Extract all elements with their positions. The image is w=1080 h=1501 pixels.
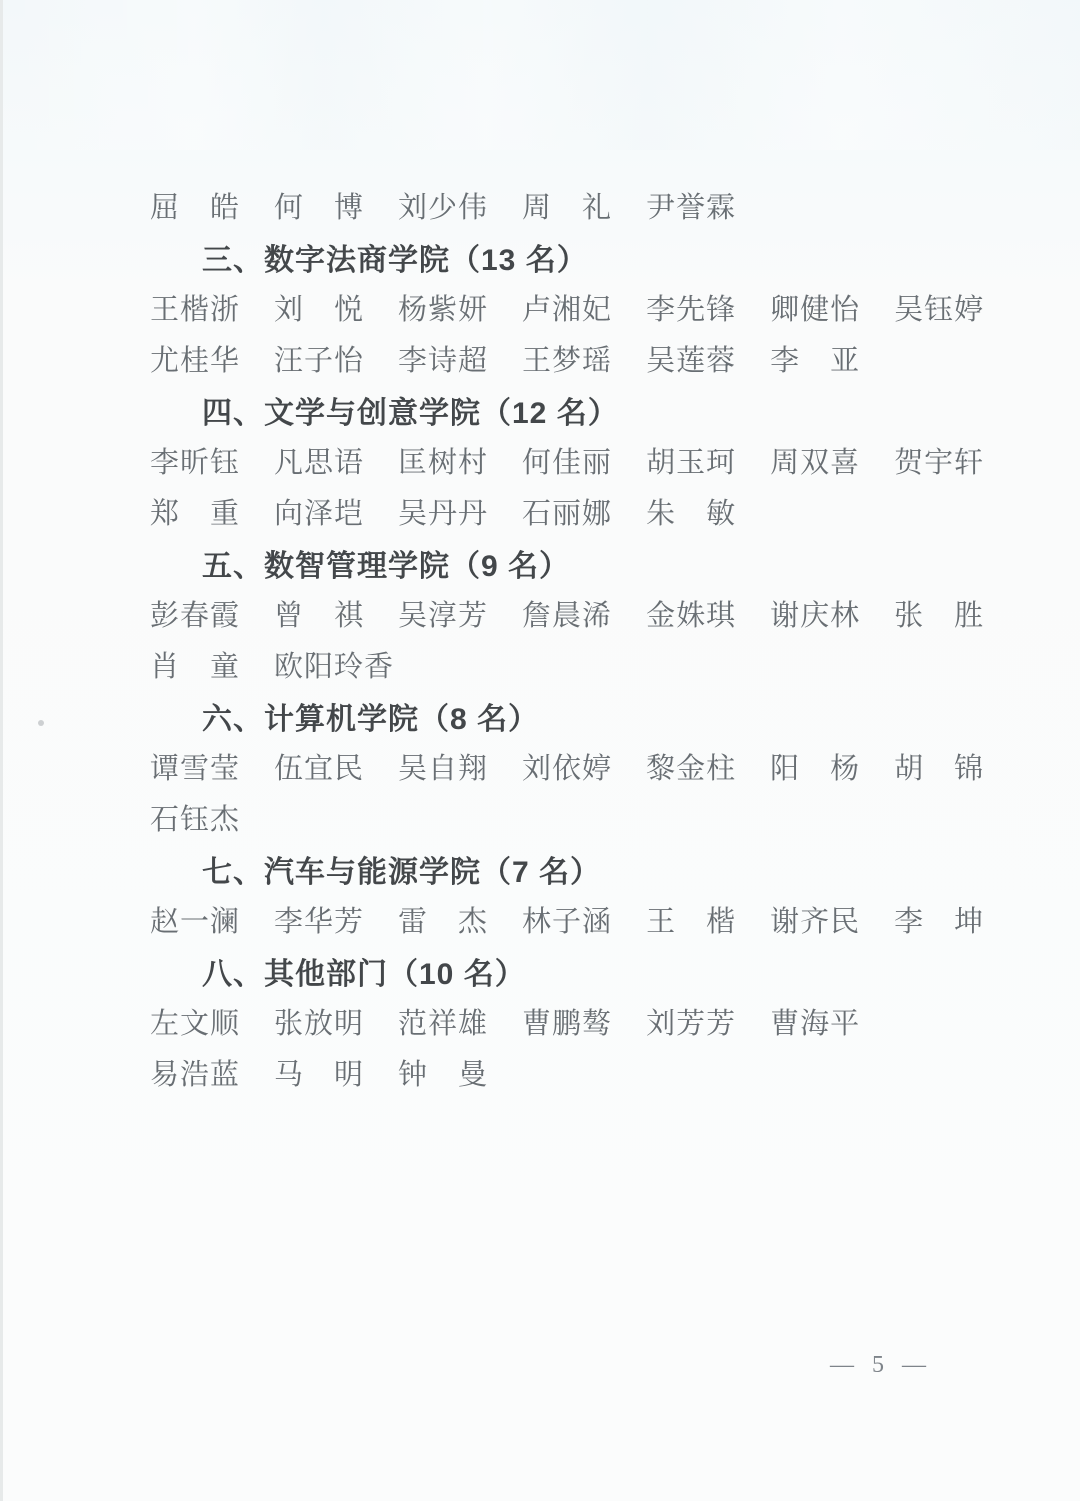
person-name: 胡 锦 xyxy=(894,746,984,787)
name-row: 易浩蓝马 明钟 曼 xyxy=(150,1052,488,1093)
name-row: 肖 童欧阳玲香 xyxy=(150,644,394,685)
person-name: 张 胜 xyxy=(894,593,984,634)
person-name: 吴自翔 xyxy=(398,746,488,787)
scan-bleed-artifact xyxy=(0,0,1080,150)
section-heading-7: 七、汽车与能源学院（7 名） xyxy=(150,847,601,891)
person-name: 何 博 xyxy=(274,185,364,226)
person-name: 曹鹏骜 xyxy=(522,1001,612,1042)
person-name: 汪子怡 xyxy=(274,338,364,379)
person-name: 伍宜民 xyxy=(274,746,364,787)
person-name: 金姝琪 xyxy=(646,593,736,634)
document-page: 屈 皓何 博刘少伟周 礼尹誉霖 三、数字法商学院（13 名） 王楷浙刘 悦杨紫妍… xyxy=(0,0,1080,1501)
person-name: 周 礼 xyxy=(522,185,612,226)
scan-edge-strip xyxy=(0,0,3,1501)
person-name: 吴莲蓉 xyxy=(646,338,736,379)
person-name: 谢庆林 xyxy=(770,593,860,634)
person-name: 李昕钰 xyxy=(150,440,240,481)
person-name: 卿健怡 xyxy=(770,287,860,328)
person-name: 吴丹丹 xyxy=(398,491,488,532)
person-name: 尹誉霖 xyxy=(646,185,736,226)
section-heading-5: 五、数智管理学院（9 名） xyxy=(150,541,570,585)
person-name: 石钰杰 xyxy=(150,797,240,838)
person-name: 刘少伟 xyxy=(398,185,488,226)
page-number: — 5 — xyxy=(830,1352,932,1379)
person-name: 詹晨浠 xyxy=(522,593,612,634)
person-name: 刘 悦 xyxy=(274,287,364,328)
person-name: 左文顺 xyxy=(150,1001,240,1042)
person-name: 阳 杨 xyxy=(770,746,860,787)
person-name: 贺宇轩 xyxy=(894,440,984,481)
person-name: 赵一澜 xyxy=(150,899,240,940)
person-name: 李 坤 xyxy=(894,899,984,940)
person-name: 吴钰婷 xyxy=(894,287,984,328)
person-name: 张放明 xyxy=(274,1001,364,1042)
person-name: 向泽垲 xyxy=(274,491,364,532)
person-name: 刘依婷 xyxy=(522,746,612,787)
person-name: 何佳丽 xyxy=(522,440,612,481)
person-name: 王梦瑶 xyxy=(522,338,612,379)
person-name: 钟 曼 xyxy=(398,1052,488,1093)
person-name: 凡思语 xyxy=(274,440,364,481)
person-name: 李华芳 xyxy=(274,899,364,940)
person-name: 彭春霞 xyxy=(150,593,240,634)
name-row: 李昕钰凡思语匡树村何佳丽胡玉珂周双喜贺宇轩 xyxy=(150,440,984,481)
person-name: 杨紫妍 xyxy=(398,287,488,328)
document-body: 屈 皓何 博刘少伟周 礼尹誉霖 三、数字法商学院（13 名） 王楷浙刘 悦杨紫妍… xyxy=(150,180,970,1098)
person-name: 雷 杰 xyxy=(398,899,488,940)
person-name: 朱 敏 xyxy=(646,491,736,532)
person-name: 石丽娜 xyxy=(522,491,612,532)
name-row: 赵一澜李华芳雷 杰林子涵王 楷谢齐民李 坤 xyxy=(150,899,984,940)
person-name: 曾 祺 xyxy=(274,593,364,634)
scan-speck xyxy=(38,720,44,726)
person-name: 林子涵 xyxy=(522,899,612,940)
name-row: 尤桂华汪子怡李诗超王梦瑶吴莲蓉李 亚 xyxy=(150,338,860,379)
person-name: 范祥雄 xyxy=(398,1001,488,1042)
name-row: 谭雪莹伍宜民吴自翔刘依婷黎金柱阳 杨胡 锦 xyxy=(150,746,984,787)
person-name: 肖 童 xyxy=(150,644,240,685)
section-heading-6: 六、计算机学院（8 名） xyxy=(150,694,539,738)
person-name: 郑 重 xyxy=(150,491,240,532)
person-name: 尤桂华 xyxy=(150,338,240,379)
person-name: 王楷浙 xyxy=(150,287,240,328)
person-name: 李 亚 xyxy=(770,338,860,379)
person-name: 欧阳玲香 xyxy=(274,644,394,685)
person-name: 谢齐民 xyxy=(770,899,860,940)
person-name: 吴淳芳 xyxy=(398,593,488,634)
person-name: 曹海平 xyxy=(770,1001,860,1042)
section-heading-3: 三、数字法商学院（13 名） xyxy=(150,235,588,279)
person-name: 黎金柱 xyxy=(646,746,736,787)
person-name: 刘芳芳 xyxy=(646,1001,736,1042)
person-name: 谭雪莹 xyxy=(150,746,240,787)
name-row: 左文顺张放明范祥雄曹鹏骜刘芳芳曹海平 xyxy=(150,1001,860,1042)
person-name: 胡玉珂 xyxy=(646,440,736,481)
person-name: 李先锋 xyxy=(646,287,736,328)
name-row: 石钰杰 xyxy=(150,797,240,838)
person-name: 王 楷 xyxy=(646,899,736,940)
person-name: 周双喜 xyxy=(770,440,860,481)
person-name: 卢湘妃 xyxy=(522,287,612,328)
person-name: 匡树村 xyxy=(398,440,488,481)
person-name: 易浩蓝 xyxy=(150,1052,240,1093)
person-name: 李诗超 xyxy=(398,338,488,379)
name-row: 彭春霞曾 祺吴淳芳詹晨浠金姝琪谢庆林张 胜 xyxy=(150,593,984,634)
person-name: 屈 皓 xyxy=(150,185,240,226)
name-row: 郑 重向泽垲吴丹丹石丽娜朱 敏 xyxy=(150,491,736,532)
person-name: 马 明 xyxy=(274,1052,364,1093)
section-heading-8: 八、其他部门（10 名） xyxy=(150,949,526,993)
section-heading-4: 四、文学与创意学院（12 名） xyxy=(150,388,619,432)
name-row: 王楷浙刘 悦杨紫妍卢湘妃李先锋卿健怡吴钰婷 xyxy=(150,287,984,328)
name-row-intro: 屈 皓何 博刘少伟周 礼尹誉霖 xyxy=(150,185,736,226)
